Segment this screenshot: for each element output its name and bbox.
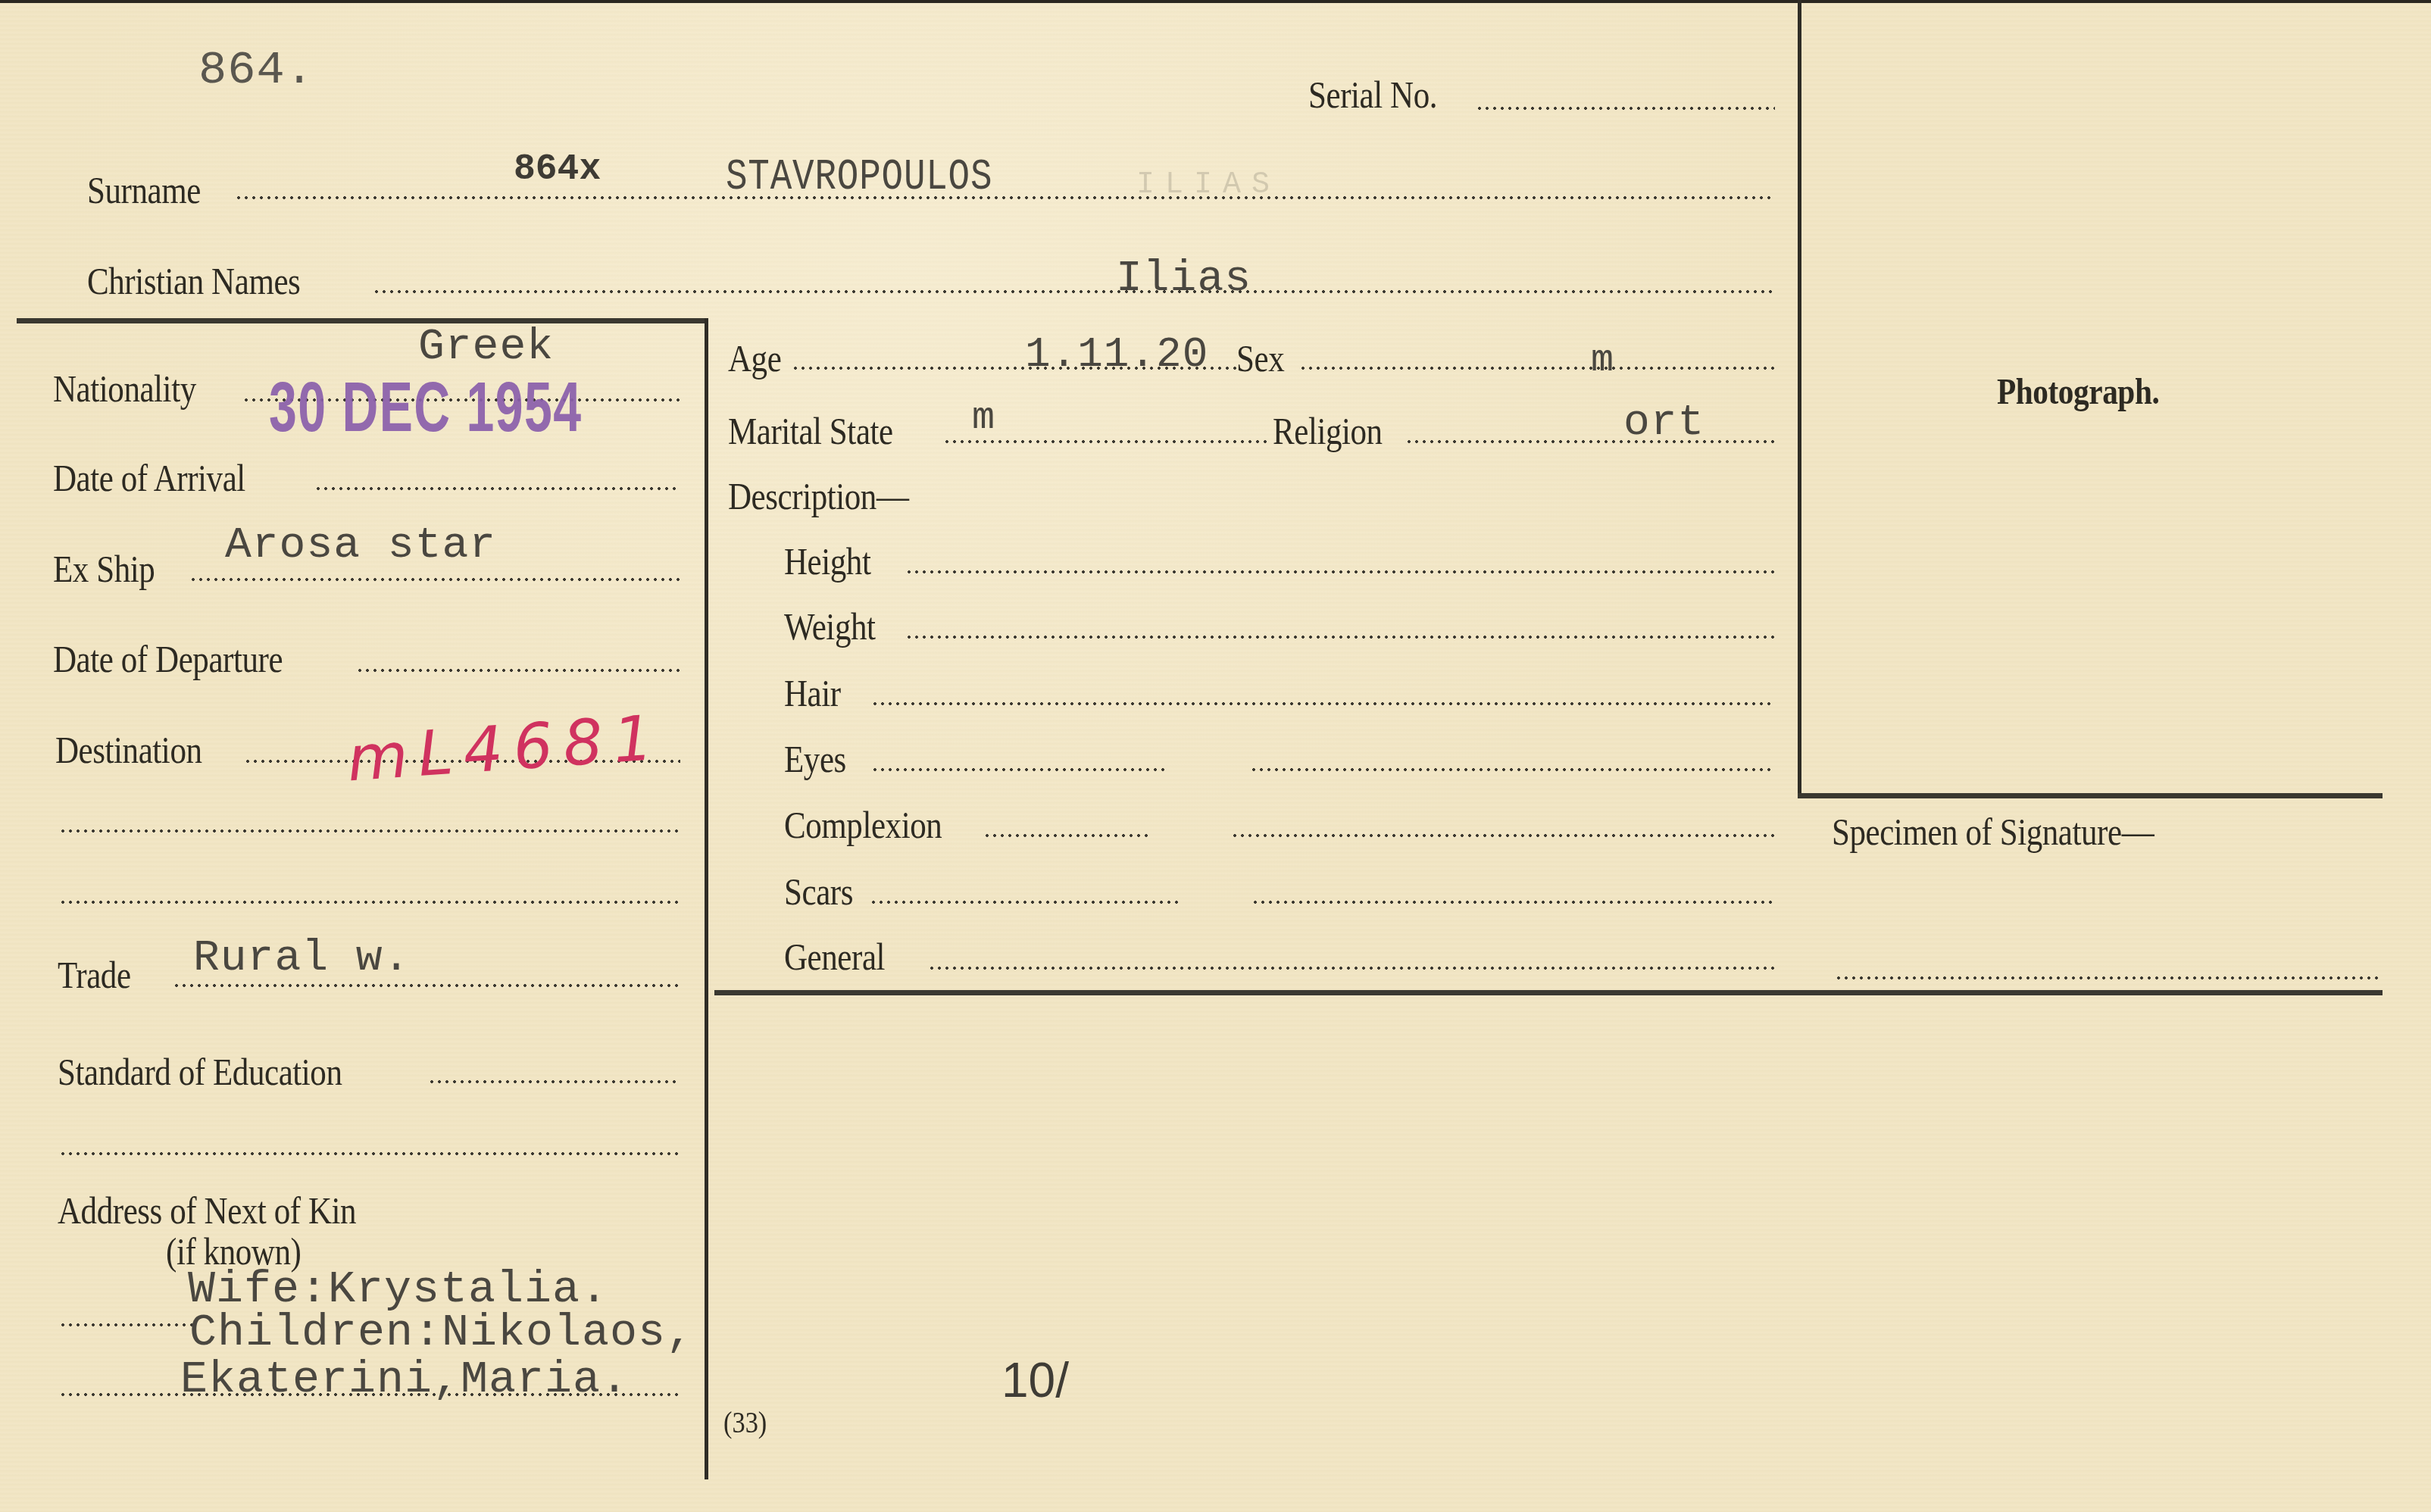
- ex-ship-field-line: [189, 577, 680, 582]
- ex-ship-value[interactable]: Arosa star: [225, 524, 496, 568]
- next-of-kin-line-2[interactable]: Children:Nikolaos,: [189, 1311, 694, 1356]
- sex-value[interactable]: m: [1591, 342, 1614, 380]
- hair-field[interactable]: [871, 701, 1775, 706]
- trade-value[interactable]: Rural w.: [193, 937, 410, 981]
- general-label: General: [784, 938, 885, 976]
- weight-field[interactable]: [905, 635, 1775, 639]
- complexion-label: Complexion: [784, 806, 942, 844]
- religion-value[interactable]: ort: [1623, 401, 1705, 445]
- christian-names-value[interactable]: Ilias: [1116, 258, 1251, 301]
- nationality-value[interactable]: Greek: [418, 326, 554, 370]
- age-value[interactable]: 1.11.20: [1025, 333, 1208, 376]
- religion-field-line: [1405, 439, 1775, 444]
- photograph-label: Photograph.: [1997, 374, 2159, 411]
- weight-label: Weight: [784, 608, 876, 645]
- signature-field[interactable]: [1835, 976, 2383, 980]
- date-of-arrival-label: Date of Arrival: [53, 459, 245, 497]
- serial-no-field[interactable]: [1476, 106, 1775, 111]
- destination-label: Destination: [55, 731, 202, 769]
- marital-state-value[interactable]: m: [972, 400, 995, 438]
- surname-struck-text: 864x: [514, 152, 601, 188]
- eyes-field-a[interactable]: [871, 767, 1167, 772]
- photo-box-left-border: [1798, 0, 1801, 798]
- description-bottom-border: [714, 990, 2383, 995]
- date-of-arrival-field[interactable]: [314, 486, 680, 491]
- left-column-right-border: [705, 318, 708, 1479]
- form-code: (33): [723, 1407, 767, 1438]
- trade-label: Trade: [58, 956, 131, 994]
- age-label: Age: [728, 339, 781, 377]
- date-of-departure-field[interactable]: [356, 668, 680, 673]
- scars-field-a[interactable]: [870, 900, 1180, 904]
- nationality-label: Nationality: [53, 370, 196, 408]
- photo-box-bottom-border: [1798, 793, 2383, 798]
- left-column-top-border: [17, 318, 708, 323]
- destination-extra-line-1[interactable]: [59, 829, 680, 833]
- scars-field-b[interactable]: [1251, 900, 1775, 904]
- standard-of-education-label: Standard of Education: [58, 1053, 342, 1091]
- next-of-kin-line-1[interactable]: Wife:Krystalia.: [188, 1267, 608, 1313]
- surname-field-line: [235, 195, 1775, 200]
- height-field[interactable]: [905, 570, 1775, 574]
- next-of-kin-field-line-1: [59, 1323, 195, 1327]
- eyes-field-b[interactable]: [1250, 767, 1775, 772]
- date-of-departure-label: Date of Departure: [53, 640, 283, 678]
- surname-ghost-text: ILIAS: [1136, 168, 1280, 202]
- signature-label: Specimen of Signature—: [1832, 813, 2154, 851]
- destination-value[interactable]: mL4681: [345, 708, 666, 792]
- destination-extra-line-2[interactable]: [59, 900, 680, 904]
- fee-annotation: 10/: [1001, 1356, 1069, 1404]
- date-received-stamp: 30 DEC 1954: [269, 373, 583, 442]
- surname-label: Surname: [87, 171, 201, 209]
- standard-of-education-field[interactable]: [428, 1079, 680, 1084]
- surname-value[interactable]: STAVROPOULOS: [726, 156, 992, 200]
- next-of-kin-line-3[interactable]: Ekaterini,Maria.: [180, 1357, 629, 1403]
- eyes-label: Eyes: [784, 740, 846, 778]
- general-field[interactable]: [928, 966, 1775, 970]
- next-of-kin-label: Address of Next of Kin: [58, 1192, 356, 1229]
- hair-label: Hair: [784, 674, 841, 712]
- card-number: 864.: [198, 47, 314, 94]
- description-label: Description—: [728, 477, 908, 515]
- ex-ship-label: Ex Ship: [53, 550, 155, 588]
- sex-label: Sex: [1236, 339, 1284, 377]
- sex-field-line: [1299, 366, 1775, 370]
- card-top-edge: [0, 0, 2431, 3]
- christian-names-label: Christian Names: [87, 262, 300, 300]
- scars-label: Scars: [784, 873, 853, 911]
- religion-label: Religion: [1273, 412, 1383, 450]
- education-extra-line[interactable]: [59, 1151, 680, 1156]
- serial-no-label: Serial No.: [1308, 76, 1437, 114]
- complexion-field-b[interactable]: [1231, 833, 1775, 838]
- trade-field-line: [173, 983, 680, 988]
- complexion-field-a[interactable]: [983, 833, 1150, 838]
- marital-state-label: Marital State: [728, 412, 893, 450]
- height-label: Height: [784, 542, 870, 580]
- immigration-record-card: 864. Serial No. Surname 864x STAVROPOULO…: [0, 0, 2431, 1512]
- christian-names-field-line: [373, 289, 1775, 294]
